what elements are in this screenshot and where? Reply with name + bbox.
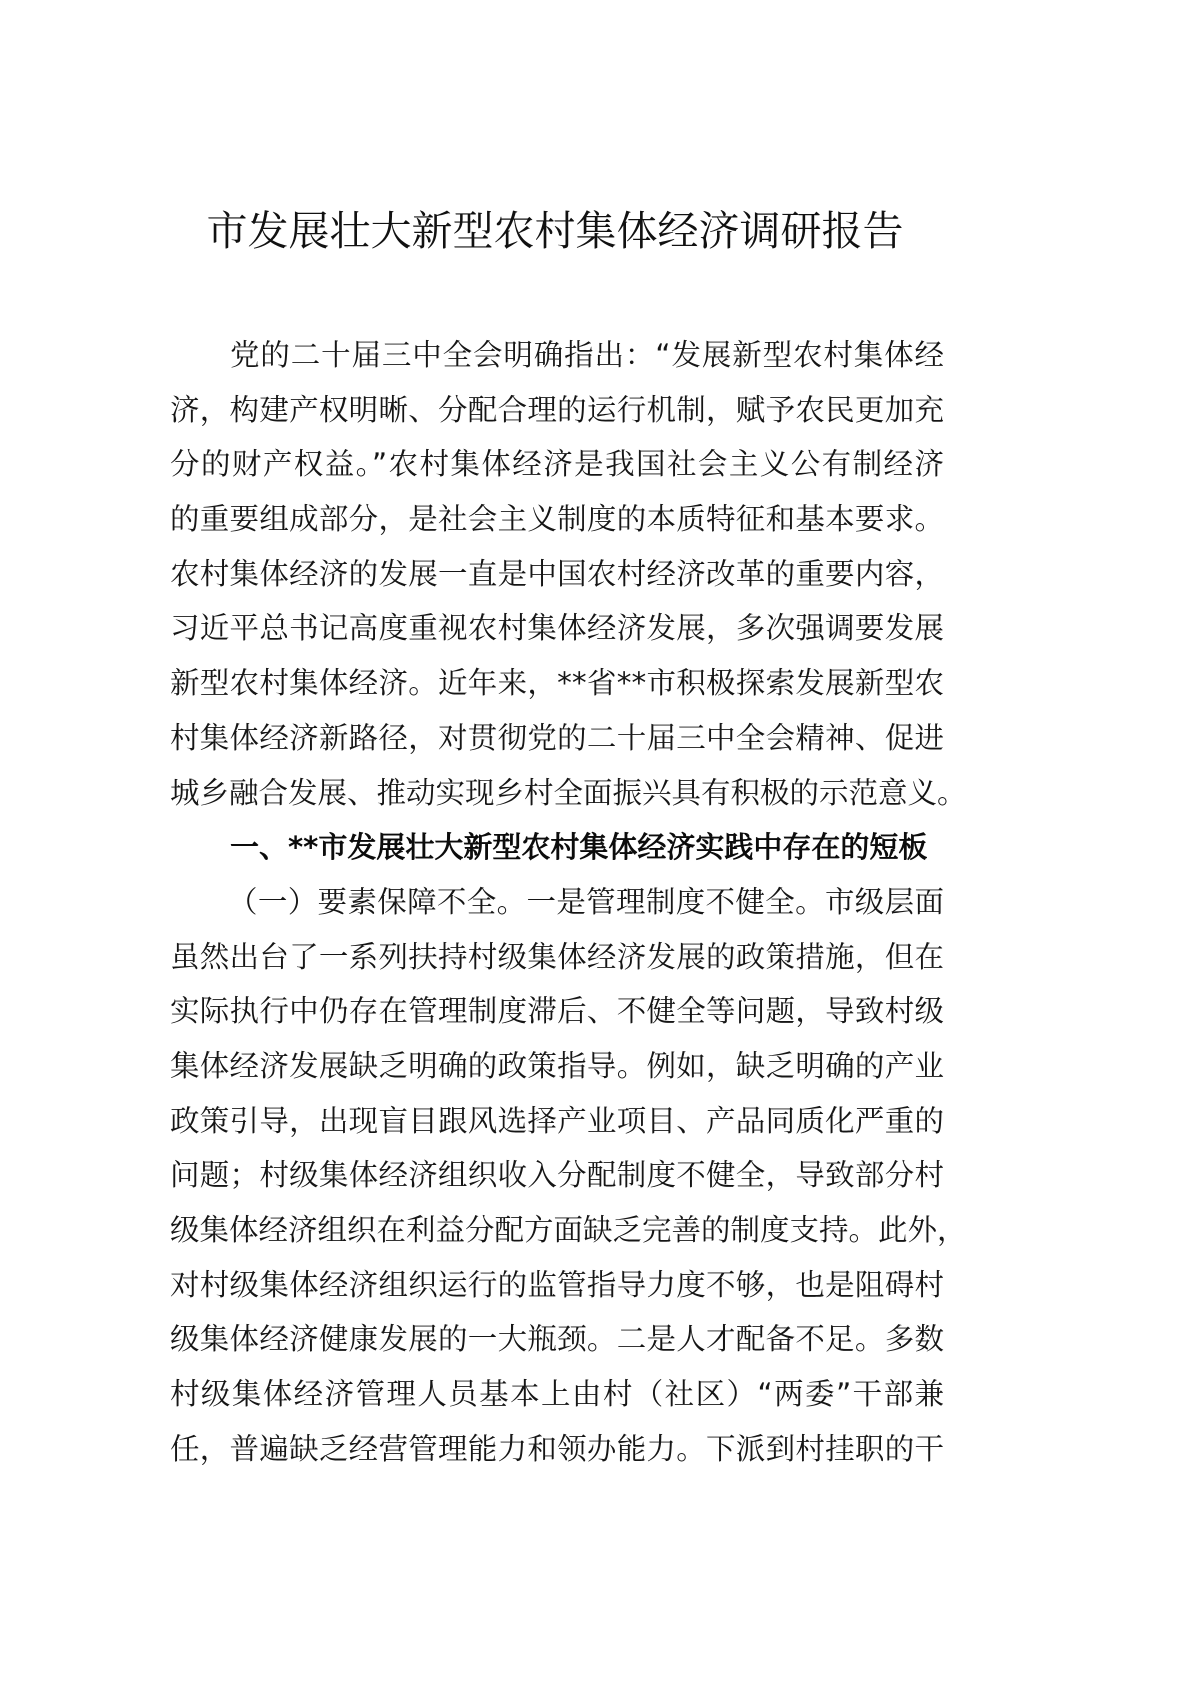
text-line: 习近平总书记高度重视农村集体经济发展，多次强调要发展 xyxy=(170,601,944,656)
text-line: 城乡融合发展、推动实现乡村全面振兴具有积极的示范意义。 xyxy=(170,766,944,821)
text-line: 问题；村级集体经济组织收入分配制度不健全，导致部分村 xyxy=(170,1148,944,1203)
text-line: 新型农村集体经济。近年来，**省**市积极探索发展新型农 xyxy=(170,656,944,711)
intro-paragraph: 党的二十届三中全会明确指出：“发展新型农村集体经 济，构建产权明晰、分配合理的运… xyxy=(170,328,944,820)
text-line: 级集体经济组织在利益分配方面缺乏完善的制度支持。此外， xyxy=(170,1203,944,1258)
text-line: 实际执行中仍存在管理制度滞后、不健全等问题，导致村级 xyxy=(170,984,944,1039)
text-line: 农村集体经济的发展一直是中国农村经济改革的重要内容， xyxy=(170,547,944,602)
text-line: 的重要组成部分，是社会主义制度的本质特征和基本要求。 xyxy=(170,492,944,547)
text-line: 济，构建产权明晰、分配合理的运行机制，赋予农民更加充 xyxy=(170,383,944,438)
text-line: 党的二十届三中全会明确指出：“发展新型农村集体经 xyxy=(170,328,944,383)
document-title: 市发展壮大新型农村集体经济调研报告 xyxy=(0,203,1110,259)
section-paragraph: （一）要素保障不全。一是管理制度不健全。市级层面 虽然出台了一系列扶持村级集体经… xyxy=(170,875,944,1477)
text-line: 任，普遍缺乏经营管理能力和领办能力。下派到村挂职的干 xyxy=(170,1422,944,1477)
document-page: 市发展壮大新型农村集体经济调研报告 党的二十届三中全会明确指出：“发展新型农村集… xyxy=(0,0,1190,1683)
text-line: 对村级集体经济组织运行的监管指导力度不够，也是阻碍村 xyxy=(170,1258,944,1313)
text-line: 虽然出台了一系列扶持村级集体经济发展的政策措施，但在 xyxy=(170,930,944,985)
document-body: 党的二十届三中全会明确指出：“发展新型农村集体经 济，构建产权明晰、分配合理的运… xyxy=(170,328,944,1476)
text-line: 村集体经济新路径，对贯彻党的二十届三中全会精神、促进 xyxy=(170,711,944,766)
text-line: 集体经济发展缺乏明确的政策指导。例如，缺乏明确的产业 xyxy=(170,1039,944,1094)
text-line: 村级集体经济管理人员基本上由村（社区）“两委”干部兼 xyxy=(170,1367,944,1422)
section-heading: 一、**市发展壮大新型农村集体经济实践中存在的短板 xyxy=(170,820,944,875)
text-line: （一）要素保障不全。一是管理制度不健全。市级层面 xyxy=(170,875,944,930)
text-line: 政策引导，出现盲目跟风选择产业项目、产品同质化严重的 xyxy=(170,1094,944,1149)
section-heading-text: 一、**市发展壮大新型农村集体经济实践中存在的短板 xyxy=(170,820,944,875)
text-line: 级集体经济健康发展的一大瓶颈。二是人才配备不足。多数 xyxy=(170,1312,944,1367)
text-line: 分的财产权益。”农村集体经济是我国社会主义公有制经济 xyxy=(170,437,944,492)
